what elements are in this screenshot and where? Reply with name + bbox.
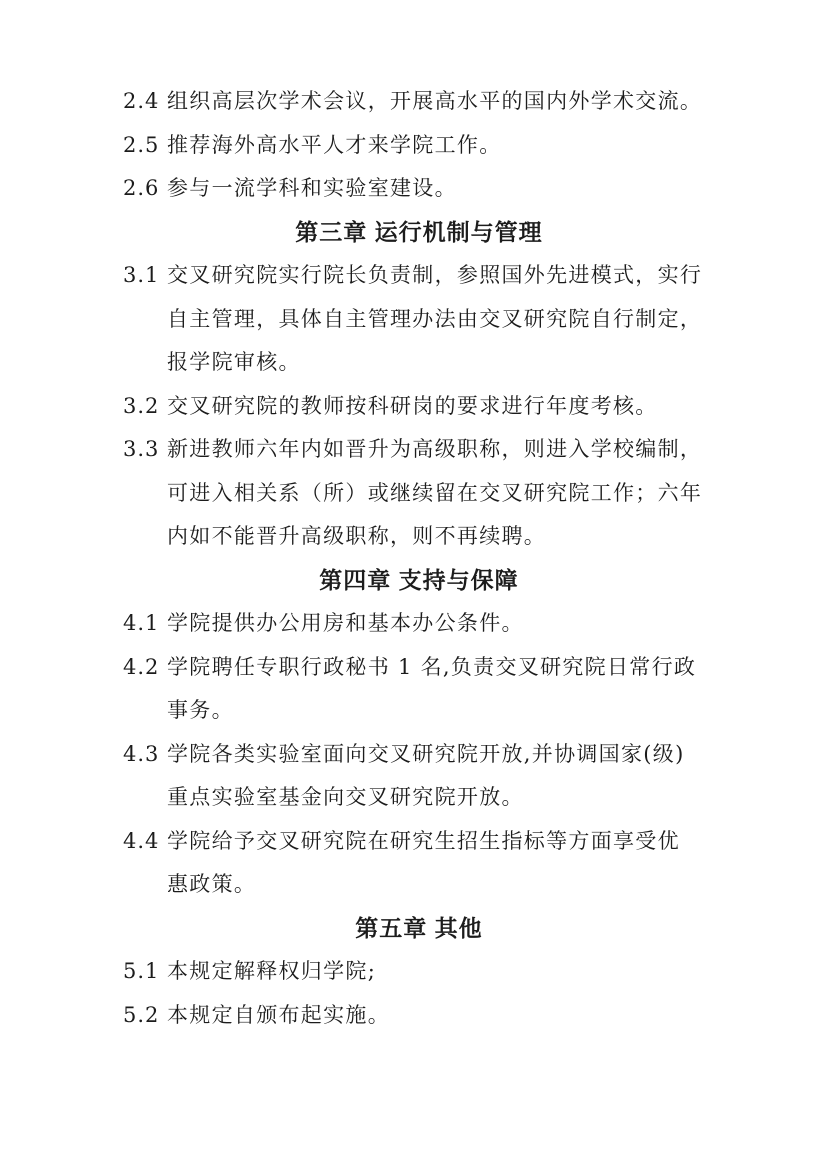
clause-text: 推荐海外高水平人才来学院工作。 (167, 124, 715, 168)
clause-number: 2.4 (123, 80, 167, 124)
document-content: 2.4 组织高层次学术会议，开展高水平的国内外学术交流。 2.5 推荐海外高水平… (123, 80, 715, 1037)
clause-text: 组织高层次学术会议，开展高水平的国内外学术交流。 (167, 80, 715, 124)
chapter-heading: 第三章 运行机制与管理 (123, 211, 715, 255)
clause-number: 4.3 (123, 733, 167, 777)
clause-item: 2.6 参与一流学科和实验室建设。 (123, 167, 715, 211)
clause-line: 交叉研究院的教师按科研岗的要求进行年度考核。 (167, 385, 715, 429)
clause-text: 本规定自颁布起实施。 (167, 994, 715, 1038)
clause-line: 事务。 (167, 689, 715, 733)
clause-number: 3.2 (123, 385, 167, 429)
clause-number: 5.2 (123, 994, 167, 1038)
clause-number: 3.3 (123, 428, 167, 472)
clause-line: 惠政策。 (167, 863, 715, 907)
clause-item: 2.5 推荐海外高水平人才来学院工作。 (123, 124, 715, 168)
clause-item: 3.3 新进教师六年内如晋升为高级职称，则进入学校编制，可进入相关系（所）或继续… (123, 428, 715, 559)
chapter-heading: 第五章 其他 (123, 907, 715, 951)
clause-text: 学院给予交叉研究院在研究生招生指标等方面享受优惠政策。 (167, 820, 715, 907)
clause-number: 3.1 (123, 254, 167, 298)
clause-line: 自主管理，具体自主管理办法由交叉研究院自行制定， (167, 298, 715, 342)
clause-line: 交叉研究院实行院长负责制，参照国外先进模式，实行 (167, 254, 715, 298)
clause-number: 4.4 (123, 820, 167, 864)
clause-number: 4.2 (123, 646, 167, 690)
clause-item: 3.2 交叉研究院的教师按科研岗的要求进行年度考核。 (123, 385, 715, 429)
clause-text: 学院提供办公用房和基本办公条件。 (167, 602, 715, 646)
clause-item: 4.3 学院各类实验室面向交叉研究院开放,并协调国家(级)重点实验室基金向交叉研… (123, 733, 715, 820)
clause-item: 3.1 交叉研究院实行院长负责制，参照国外先进模式，实行自主管理，具体自主管理办… (123, 254, 715, 385)
clause-line: 学院聘任专职行政秘书 1 名,负责交叉研究院日常行政 (167, 646, 715, 690)
clause-item: 4.4 学院给予交叉研究院在研究生招生指标等方面享受优惠政策。 (123, 820, 715, 907)
clause-text: 学院聘任专职行政秘书 1 名,负责交叉研究院日常行政事务。 (167, 646, 715, 733)
clause-item: 4.2 学院聘任专职行政秘书 1 名,负责交叉研究院日常行政事务。 (123, 646, 715, 733)
clause-line: 组织高层次学术会议，开展高水平的国内外学术交流。 (167, 80, 715, 124)
clause-text: 新进教师六年内如晋升为高级职称，则进入学校编制，可进入相关系（所）或继续留在交叉… (167, 428, 715, 559)
clause-item: 4.1 学院提供办公用房和基本办公条件。 (123, 602, 715, 646)
clause-line: 学院提供办公用房和基本办公条件。 (167, 602, 715, 646)
clause-text: 交叉研究院实行院长负责制，参照国外先进模式，实行自主管理，具体自主管理办法由交叉… (167, 254, 715, 385)
clause-text: 参与一流学科和实验室建设。 (167, 167, 715, 211)
document-page: 2.4 组织高层次学术会议，开展高水平的国内外学术交流。 2.5 推荐海外高水平… (0, 0, 827, 1169)
clause-item: 5.1 本规定解释权归学院; (123, 950, 715, 994)
clause-line: 学院给予交叉研究院在研究生招生指标等方面享受优 (167, 820, 715, 864)
clause-line: 内如不能晋升高级职称，则不再续聘。 (167, 515, 715, 559)
clause-text: 交叉研究院的教师按科研岗的要求进行年度考核。 (167, 385, 715, 429)
clause-line: 参与一流学科和实验室建设。 (167, 167, 715, 211)
clause-number: 5.1 (123, 950, 167, 994)
clause-text: 学院各类实验室面向交叉研究院开放,并协调国家(级)重点实验室基金向交叉研究院开放… (167, 733, 715, 820)
clause-line: 可进入相关系（所）或继续留在交叉研究院工作；六年 (167, 472, 715, 516)
clause-line: 新进教师六年内如晋升为高级职称，则进入学校编制， (167, 428, 715, 472)
clause-number: 4.1 (123, 602, 167, 646)
clause-line: 学院各类实验室面向交叉研究院开放,并协调国家(级) (167, 733, 715, 777)
clause-item: 2.4 组织高层次学术会议，开展高水平的国内外学术交流。 (123, 80, 715, 124)
clause-line: 报学院审核。 (167, 341, 715, 385)
clause-number: 2.6 (123, 167, 167, 211)
clause-line: 本规定自颁布起实施。 (167, 994, 715, 1038)
clause-line: 重点实验室基金向交叉研究院开放。 (167, 776, 715, 820)
clause-item: 5.2 本规定自颁布起实施。 (123, 994, 715, 1038)
clause-text: 本规定解释权归学院; (167, 950, 715, 994)
clause-line: 推荐海外高水平人才来学院工作。 (167, 124, 715, 168)
clause-number: 2.5 (123, 124, 167, 168)
clause-line: 本规定解释权归学院; (167, 950, 715, 994)
chapter-heading: 第四章 支持与保障 (123, 559, 715, 603)
